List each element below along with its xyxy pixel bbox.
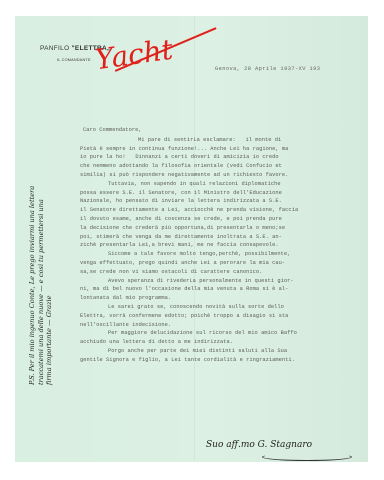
body-line: sa,se crede non vi siamo ostacoli di car…: [80, 268, 365, 277]
body-line: ni, ma di bel nuovo l'occasione della mi…: [80, 285, 365, 294]
body-line: Nazionale, ho pensato di inviare la lett…: [80, 197, 365, 206]
body-line: poi, stimerà che venga da me direttament…: [80, 233, 365, 242]
margin-note-line: P.S. Per il mio ingenuo Conte, Le prego …: [28, 55, 37, 385]
body-line: nell'oscillante indecisione.: [80, 321, 365, 330]
signature-flourish: [262, 453, 352, 461]
salutation: Caro Commendatore,: [80, 126, 365, 135]
body-line: il dovuto esame, anche di coscenza se cr…: [80, 215, 365, 224]
body-line: Tuttavia, non sapendo in quali relazioni…: [80, 180, 365, 189]
body-line: gentile Signora e figlio, a Lei tante co…: [80, 356, 365, 365]
body-line: Per maggiore delucidazione sul ricorso d…: [80, 329, 365, 338]
body-line: Elettra, vorrà confermene edotto; poichè…: [80, 312, 365, 321]
handwritten-signature: Suo aff.mo G. Stagnaro: [206, 440, 312, 450]
letter-body: Caro Commendatore, Mi pare di sentirLa e…: [80, 126, 365, 365]
handwritten-margin-note: P.S. Per il mio ingenuo Conte, Le prego …: [28, 55, 54, 385]
margin-note-line: traccatemi una delle nuove — e così tu p…: [37, 55, 46, 385]
body-line: Siccome a tale favore molto tengo,perchè…: [80, 250, 365, 259]
body-line: Le sarei grato se, conoscendo novità sul…: [80, 303, 365, 312]
letterhead-role: IL COMANDANTE: [57, 58, 91, 62]
body-line: il Senatore direttamente a Lei, acciocch…: [80, 206, 365, 215]
margin-note-line: firma importante — Grazie: [45, 55, 54, 385]
body-line: la decisione che crederà più opportuna,d…: [80, 224, 365, 233]
body-line: Pietà è sempre in continua funzione!... …: [80, 145, 365, 154]
body-line: che nemmeno adottando la filosofia orien…: [80, 162, 365, 171]
body-line: io pure la ho! Dinnanzi a certi doveri d…: [80, 153, 365, 162]
letterhead-prefix: PANFILO: [40, 45, 72, 52]
body-line: possa essere S.E. il Senatore, con il Mi…: [80, 189, 365, 198]
body-line: Avevo speranza di rivederLa personalment…: [80, 277, 365, 286]
body-line: similia) si può rispondere negativamente…: [80, 171, 365, 180]
body-line: lontanata dal mio programma.: [80, 294, 365, 303]
body-line: Mi pare di sentirLa esclamare: il monte …: [80, 136, 365, 145]
date-line: Genova, 28 Aprile 1937-XV 193: [215, 66, 320, 72]
body-line: acchiudo una lettera di detto a me indir…: [80, 338, 365, 347]
body-line: zichè presentarla Lei,a brevi mani, me n…: [80, 241, 365, 250]
body-line: Porgo anche per parte dei miei distinti …: [80, 347, 365, 356]
body-line: venga effettuato, prego quindi anche Lei…: [80, 259, 365, 268]
